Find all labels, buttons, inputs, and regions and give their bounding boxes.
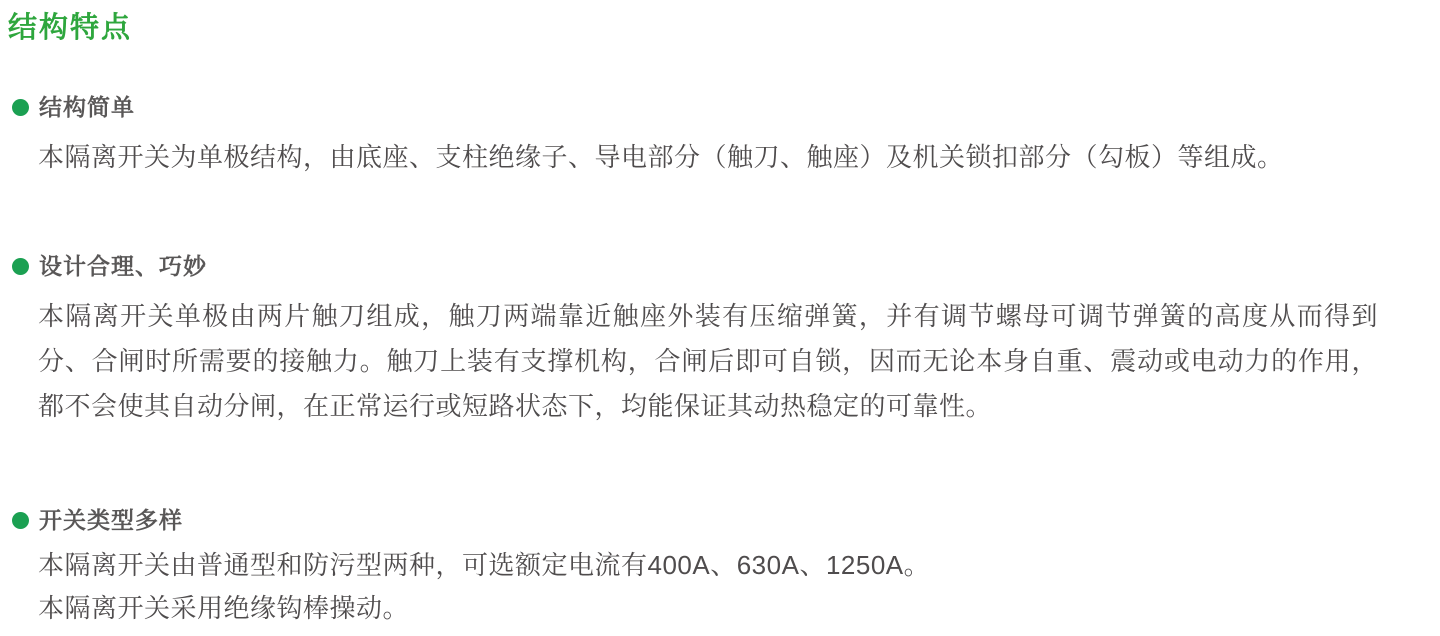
feature-section-structure-simple: 结构简单 本隔离开关为单极结构，由底座、支柱绝缘子、导电部分（触刀、触座）及机关… (0, 93, 1440, 180)
feature-heading: 结构简单 (39, 93, 135, 121)
feature-heading: 设计合理、巧妙 (39, 252, 207, 280)
feature-paragraph-group: 本隔离开关由普通型和防污型两种，可选额定电流有400A、630A、1250A。 … (38, 544, 1378, 630)
document-page: 结构特点 结构简单 本隔离开关为单极结构，由底座、支柱绝缘子、导电部分（触刀、触… (0, 0, 1440, 636)
bullet-dot-icon (12, 258, 29, 275)
feature-paragraph: 本隔离开关由普通型和防污型两种，可选额定电流有400A、630A、1250A。 (38, 544, 1378, 587)
feature-paragraph: 本隔离开关单极由两片触刀组成，触刀两端靠近触座外装有压缩弹簧，并有调节螺母可调节… (38, 294, 1378, 429)
feature-heading-row: 设计合理、巧妙 (0, 252, 1440, 280)
feature-section-switch-types: 开关类型多样 本隔离开关由普通型和防污型两种，可选额定电流有400A、630A、… (0, 506, 1440, 630)
feature-heading: 开关类型多样 (39, 506, 183, 534)
feature-heading-row: 结构简单 (0, 93, 1440, 121)
bullet-dot-icon (12, 512, 29, 529)
page-title: 结构特点 (8, 11, 132, 45)
bullet-dot-icon (12, 99, 29, 116)
feature-paragraph: 本隔离开关采用绝缘钩棒操动。 (38, 587, 1378, 630)
feature-section-design-clever: 设计合理、巧妙 本隔离开关单极由两片触刀组成，触刀两端靠近触座外装有压缩弹簧，并… (0, 252, 1440, 429)
feature-paragraph: 本隔离开关为单极结构，由底座、支柱绝缘子、导电部分（触刀、触座）及机关锁扣部分（… (38, 135, 1378, 180)
feature-heading-row: 开关类型多样 (0, 506, 1440, 534)
